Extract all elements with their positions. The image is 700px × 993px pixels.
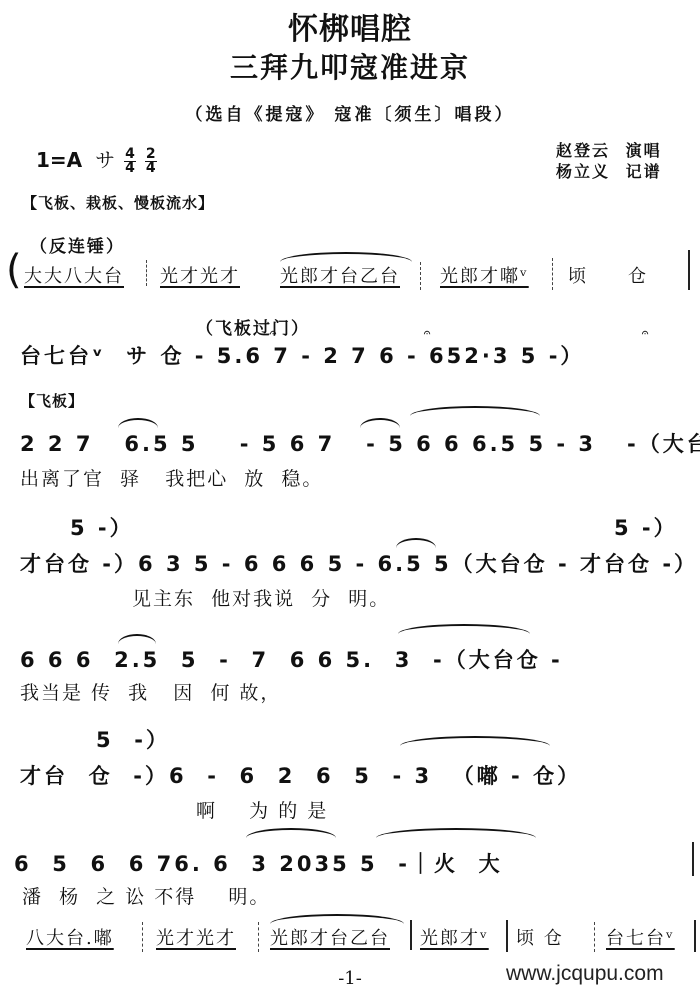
slur bbox=[398, 624, 530, 634]
barline bbox=[594, 922, 595, 952]
fermata-icon: 𝄐 bbox=[642, 326, 648, 340]
slur bbox=[118, 418, 158, 428]
slur bbox=[400, 736, 550, 746]
notation-line: 6 5 6 6 76. 6 3 2035 5 -｜火 大 bbox=[14, 848, 503, 878]
barline bbox=[258, 922, 259, 952]
measure: 台七台ᵛ bbox=[606, 924, 675, 950]
slur bbox=[270, 914, 404, 924]
key-label: 1=A bbox=[36, 148, 82, 172]
slur bbox=[246, 828, 336, 838]
measure: 光才光才 bbox=[160, 262, 240, 288]
time-signature-4-4: 4 4 bbox=[124, 148, 136, 175]
time-signature-2-4: 2 4 bbox=[145, 148, 157, 175]
lyrics-line: 见主东 他对我说 分 明。 bbox=[132, 584, 390, 611]
barline bbox=[506, 920, 508, 952]
slur bbox=[280, 252, 412, 262]
slur bbox=[360, 418, 400, 428]
section-label-fei-ban: 【飞板】 bbox=[20, 390, 84, 411]
barline bbox=[142, 922, 143, 952]
credits: 赵登云 演唱 杨立义 记谱 bbox=[556, 140, 662, 182]
open-paren: ( bbox=[6, 250, 22, 290]
barline bbox=[688, 250, 690, 290]
tempo-sections: 【飞板、栽板、慢板流水】 bbox=[22, 192, 214, 213]
watermark: www.jcqupu.com bbox=[506, 962, 664, 986]
credit-transcriber: 杨立义 记谱 bbox=[556, 161, 662, 182]
measure: 八大台.嘟 bbox=[26, 924, 114, 950]
lyrics-line: 啊 为 的 是 bbox=[196, 796, 328, 823]
measure: 光才光才 bbox=[156, 924, 236, 950]
slur bbox=[396, 538, 436, 548]
lyrics-line: 潘 杨 之 讼 不得 明。 bbox=[22, 882, 270, 909]
measure: 光郎才台乙台 bbox=[270, 924, 390, 950]
lyrics-line: 我当是 传 我 因 何 故， bbox=[20, 678, 281, 705]
notation-line: 才台 仓 -）6 - 6 2 6 5 - 3 （嘟 - 仓） bbox=[20, 760, 581, 790]
fermata-icon: 𝄐 bbox=[270, 326, 276, 340]
key-signature: 1=A サ 4 4 2 4 bbox=[36, 144, 157, 175]
measure: 光郎才台乙台 bbox=[280, 262, 400, 288]
section-label-fan-lian-chui: （反连锤） bbox=[30, 232, 125, 257]
fermata-icon: 𝄐 bbox=[424, 326, 430, 340]
source-note: （选自《提寇》 寇准〔须生〕唱段） bbox=[0, 100, 700, 125]
free-meter-symbol: サ bbox=[95, 148, 115, 172]
slur bbox=[410, 406, 540, 416]
notation-line: 才台仓 -）6 3 5 - 6 6 6 5 - 6.5 5（大台仓 - 才台仓 … bbox=[20, 548, 698, 578]
slur bbox=[376, 828, 536, 838]
slur bbox=[118, 634, 156, 644]
measure: 光郎才ᵛ bbox=[420, 924, 489, 950]
barline bbox=[552, 258, 553, 290]
notation-line: 6 6 6 2.5 5 - 7 6 6 5. 3 -（大台仓 - bbox=[20, 644, 563, 674]
song-title: 三拜九叩寇准进京 bbox=[0, 46, 700, 86]
lyrics-line: 出离了官 驿 我把心 放 稳。 bbox=[20, 464, 323, 491]
notation-line: 台七台ᵛ サ 仓 - 5.6 7 - 2 7 6 - 652·3 5 -） bbox=[20, 340, 584, 370]
measure: 大大八大台 bbox=[24, 262, 124, 288]
notation-upper: 5 -） bbox=[70, 512, 134, 542]
measure: 顷 仓 bbox=[516, 924, 564, 950]
section-label-fei-ban-guo-men: （飞板过门） bbox=[196, 314, 310, 339]
notation-upper-right: 5 -） bbox=[614, 512, 678, 542]
notation-line: 2 2 7 6.5 5 - 5 6 7 - 5 6 6 6.5 5 - 3 -（… bbox=[20, 428, 700, 458]
measure: 光郎才嘟ᵛ bbox=[440, 262, 529, 288]
barline bbox=[146, 260, 147, 286]
measure: 顷 仓 bbox=[568, 262, 648, 288]
barline bbox=[420, 262, 421, 290]
barline bbox=[694, 920, 696, 952]
credit-singer: 赵登云 演唱 bbox=[556, 140, 662, 161]
barline bbox=[410, 920, 412, 950]
barline bbox=[692, 842, 694, 876]
notation-upper: 5 -） bbox=[96, 724, 170, 754]
page-title: 怀梆唱腔 bbox=[0, 4, 700, 48]
